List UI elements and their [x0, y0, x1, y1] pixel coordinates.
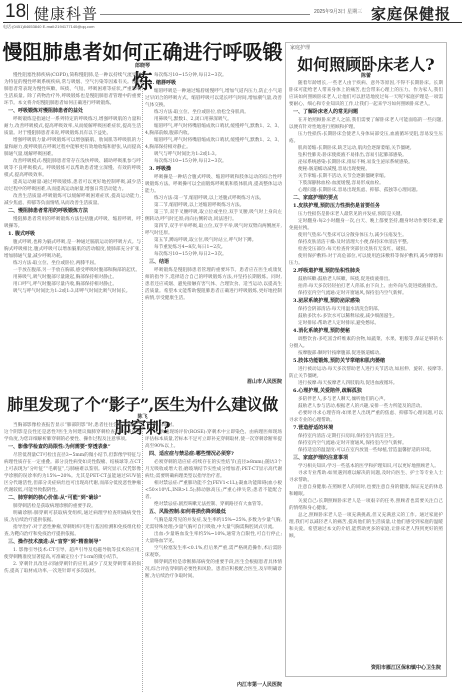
paragraph: 尽管低剂量CT可检出直径3~5mm的微小结节,但影像学特征与病理性质存在一定重叠…	[4, 452, 141, 494]
paragraph: 2. 穿刺针具改进:同轴穿刺针的应用,减少了反复穿刺带来的损伤,提高了取材成功率…	[4, 561, 141, 575]
paragraph: 吸气与呼气时间比为1:2或1:3。	[145, 151, 282, 158]
paragraph: 用口呼气,呼气时腹部尽量内收,胸部保持相对静止。	[4, 281, 141, 288]
paragraph: 绝对禁忌症:剧烈咳嗽无法控制、穿刺路径有大血管等。	[145, 501, 282, 508]
subheading: 6.心理护理,关爱陪伴,疏解孤独	[289, 388, 443, 395]
header-bottom-rule	[3, 22, 462, 23]
newspaper-brand: 家庭保健报	[371, 3, 451, 24]
paragraph: 组织取材。	[145, 422, 282, 429]
paragraph: 第二节,缩唇呼吸,以上述缩唇呼吸练习方法。	[145, 202, 282, 209]
paragraph: 肌肉萎缩:长期卧床,缺乏运动,肌肉会逐渐萎缩,关节僵硬。	[289, 145, 443, 152]
paragraph: 相对禁忌症:严重肺功能不全(FEV1<1L);凝血功能障碍(血小板<50×10⁹…	[145, 480, 282, 501]
subheading: 一、影像学检查的局限性:为何需要“穿透表象”	[4, 444, 141, 451]
paragraph: 按摩腹部:顺时针按摩腹部,促进肠道蠕动。	[289, 350, 443, 357]
paragraph: 保持室内清洁:定期打扫房间,保持室内清洁卫生。	[289, 433, 443, 440]
paragraph: 1. 影像引导技术:CT引导、超声引导及电磁导航等技术的应用,使穿刺精准度显著提…	[4, 547, 141, 561]
paragraph: 缩唇呼气,呼气时将嘴唇缩成吹口哨状,缓慢呼气,默数1、2、3、4,胸部前倾,腹部…	[145, 123, 282, 137]
subheading: 五、风险控制:如何将损伤降到最低	[145, 509, 282, 516]
paragraph: 用鼻吸气,默数1、2,闭口用鼻深吸气。	[145, 116, 282, 123]
paragraph: 当胸部影像检查报告显示“肺部阴影”时,患者往往会陷入焦虑。这个阴影是良性还是恶性…	[4, 422, 141, 443]
paragraph: 改善生活质量:呼吸锻炼可以缓解呼吸困难症状,提高运动能力,减少焦虑、抑郁等负面情…	[4, 193, 141, 207]
paragraph: 检查受压部位:每天检查骨突部位皮肤有无发红、破损。	[289, 246, 443, 253]
paragraph: 指导治疗:对于恶性肿瘤,穿刺组织可进行基因检测和免疫组化检查,为靶向治疗和免疫治…	[4, 524, 141, 538]
article-byline: 陈飞	[0, 413, 285, 420]
paragraph: 调整饮食:多吃富含纤维素的食物,如蔬菜、水果、粗粮等,保证足够的水分摄入。	[289, 336, 443, 350]
paragraph: 慢阻肺患者常用的呼吸锻炼方法包括腹式呼吸、缩唇呼吸、呼吸操等。	[4, 216, 141, 230]
issue-date: 2025年9月3日 星期三	[314, 8, 362, 15]
paragraph: 空气栓塞发生率<0.1%,但后果严重,需严格规范操作,术后需卧床观察。	[145, 545, 282, 559]
paragraph: 3. 快速现场评价(ROSE):穿刺术中立即染色、由病理医师现场评估标本质量,若…	[145, 429, 282, 450]
subheading: 4.消化系统护理,预防便秘	[289, 328, 443, 335]
subheading: 1. 腹式呼吸	[4, 231, 141, 238]
paragraph: 鼓励咳嗽:鼓励老人咳嗽、咳痰,促进痰液排出。	[289, 276, 443, 283]
paragraph: 练习方法:取立位、坐位或卧位,放松全身肌肉。	[145, 109, 282, 116]
paragraph: 吸气与呼气时间比为1:2或1:3,即呼气时间比吸气时间长。	[4, 288, 141, 295]
subheading: 一、呼吸锻炼对慢阻肺患者的益处	[4, 108, 141, 115]
paragraph: 第四节,双手平举呼吸,取立位,双手平举,吸气时双臂向两侧展开,呼气时还原。	[145, 223, 282, 237]
paragraph: 多陪伴老人,多与老人聊天,倾听他们的心声。	[289, 396, 443, 403]
paragraph: 在开始照顾卧床老人之前,我们需要了解卧床老人可能面临的一些问题,以便有针对性地进…	[289, 117, 443, 131]
paragraph: 练习方法:第一节,缩唇呼吸,以上述腹式呼吸练习方法。	[145, 195, 282, 202]
paragraph: 使用保护敷料:对于高危部位,可以使用泡沫敷料等保护敷料,减少摩擦和压力。	[289, 253, 443, 267]
paragraph: 随着年龄增长,一些老人由于疾病、意外等原因,不得不长期卧床。长期卧床可能给老人带…	[289, 80, 443, 108]
article-column: 当胸部影像检查报告显示“肺部阴影”时,患者往往会陷入焦虑。这个阴影是良性还是恶性…	[4, 422, 141, 692]
subheading: 四、适应症与禁忌症:哪些情况必须穿?	[145, 451, 282, 458]
paragraph: 必须穿刺的适应症:持续存在的实性结节(直径≥8mm);随访3个月无吸收或增大者;…	[145, 459, 282, 480]
paragraph: 改善呼吸模式:慢阻肺患者常存在浅快呼吸、辅助呼吸肌参与呼吸等不良呼吸模式。呼吸锻…	[4, 158, 141, 179]
paragraph: 用鼻吸气,吸气时腹部尽量隆起,胸部保持相对静止。	[4, 274, 141, 281]
paragraph: 压力性损伤是卧床老人最常见的并发症,预防是关键。	[289, 211, 443, 218]
paragraph: 保持室内空气流通:定时开窗通风,保持室内空气新鲜。	[289, 440, 443, 447]
paragraph: 泌尿系统感染:长期卧床,排尿不畅,易发生泌尿系统感染。	[289, 159, 443, 166]
paragraph: 保持会阴部清洁:每天用温水清洗会阴部。	[289, 306, 443, 313]
subheading: 2.呼吸道护理,预防坠积性肺炎	[289, 268, 443, 275]
paragraph: 下肢深静脉血栓:血流缓慢,容易形成血栓。	[289, 180, 443, 187]
subheading: 二、家庭护理的要点	[289, 195, 443, 202]
paragraph: 缩唇呼气,呼气时将嘴唇缩成吹口哨状,缓慢呼气,默数1、2、3、4,胸部保持相对静…	[145, 137, 282, 151]
paragraph: 一手放在腹部,另一手放在胸部,感受呼吸时腹部和胸部的起伏。	[4, 267, 141, 274]
subheading: 2. 缩唇呼吸	[145, 80, 282, 87]
paragraph: 第三节,双手叉腰呼吸,取立位或坐位,双手叉腰,吸气时上身向左侧转动,呼气时还原;…	[145, 209, 282, 223]
paragraph: 心理问题:长期卧床,容易出现焦虑、抑郁、孤独等心理问题。	[289, 187, 443, 194]
paragraph: 寻求专业帮助:如果遇到难以解决的问题,及时向医生、护士等专业人士寻求帮助。	[289, 470, 443, 484]
page-number-divider	[27, 4, 28, 20]
paragraph: 气胸是最常见的并发症,发生率约15%~25%,多数为少量气胸,无需特殊处理;少量…	[145, 517, 282, 531]
paragraph: 呼吸锻炼是指通过一系列特定的呼吸练习,增强呼吸肌的力量和耐力,改善呼吸模式,提高…	[4, 116, 141, 137]
subheading: 二、慢阻肺患者常用的呼吸锻炼方法	[4, 208, 141, 215]
subheading: 3.泌尿系统护理,预防泌尿感染	[289, 298, 443, 305]
paragraph: 每次练习10~15分钟,每日2~3次。	[145, 72, 282, 79]
masthead: 18 健康科普 2025年9月3日 星期三 家庭保健报 电话:(0451)846…	[0, 0, 465, 34]
paragraph: 拍背:每天多次轻轻拍打老人背部,由下向上、由外向内,促进痰液排出。	[289, 283, 443, 290]
paragraph: 呼吸操是一种结合腹式呼吸、缩唇呼吸和肢体运动的综合性呼吸锻炼方法。呼吸操可以全面…	[145, 174, 282, 195]
subheading: 1.皮肤护理,预防压力性损伤是首要任务	[289, 203, 443, 210]
paragraph: 注意自身健康:在照顾老人的同时,也要注意自身的健康,保证充足的休息和睡眠。	[289, 484, 443, 498]
subheading: 二、肺穿刺的核心价值:从“可能”到“确诊”	[4, 495, 141, 502]
paragraph: 鼓励多饮水:多饮水可以稀释尿液,减少细菌滋生。	[289, 313, 443, 320]
subheading: 三、操作技术演进:从“盲穿”到“精准制导”	[4, 539, 141, 546]
paragraph: 压力性损伤:长期卧床会使老人身体局部受压,血液循环受阻,容易发生压疮。	[289, 131, 443, 145]
paragraph: 肺穿刺活检是诊断肺部病变的重要手段,医生会根据患者具体情况,综合评估穿刺的必要性…	[145, 559, 282, 580]
article-source: 资阳市雁江区保和镇中心卫生院	[289, 664, 441, 671]
column-tag: 家庭护理	[290, 44, 310, 51]
article-byline: 陈蕾	[285, 72, 447, 79]
paragraph: 使用气垫床:气垫床可以分散身体压力,减少压疮发生。	[289, 232, 443, 239]
paragraph: 定时排尿:帮助老人定时排尿,避免憋尿。	[289, 320, 443, 327]
paragraph: 缩唇呼吸是一种通过缩唇缓慢呼气,增加气道内压力,防止小气道过早闭合的呼吸方式。缩…	[145, 88, 282, 109]
paragraph: 增强呼吸肌力量:呼吸锻炼可以增强膈肌、肋间肌等呼吸肌的力量和耐力,使呼吸肌在呼吸…	[4, 137, 141, 158]
subheading: 三、结语	[145, 259, 282, 266]
paragraph: 坠积性肺炎:卧床使痰液不易排出,容易引起肺部感染。	[289, 152, 443, 159]
paragraph: 慢性阻塞性肺疾病(COPD),简称慢阻肺,是一种以持续气流受限为特征的慢性呼吸系…	[4, 72, 141, 107]
article-source: 内江市第一人民医院	[145, 681, 282, 688]
paragraph: 必要时寻求心理咨询:如果老人出现严重的焦虑、抑郁等心理问题,可以寻求专业的心理帮…	[289, 410, 443, 424]
paragraph: 呼吸锻炼是慢阻肺患者管理的重要环节。患者应在医生或康复师的指导下,选择适合自己的…	[145, 267, 282, 302]
article-column: 每次练习10~15分钟,每日2~3次。 2. 缩唇呼吸 缩唇呼吸是一种通过缩唇缓…	[145, 72, 282, 377]
paragraph: 保持适宜的温湿度:可以在室内放置一些绿植,营造温馨舒适的环境。	[289, 447, 443, 454]
paragraph: 每次练习10~15分钟,每日2~3次。	[145, 251, 282, 258]
column-divider	[142, 72, 143, 390]
subheading: 一、了解卧床老人的常见问题	[289, 109, 443, 116]
article-source: 眉山市人民医院	[145, 378, 282, 385]
subheading: 7.营造舒适的环境	[289, 425, 443, 432]
column-divider	[142, 422, 143, 692]
article-byline: 郎晓琴	[0, 62, 285, 69]
paragraph: 总之,照顾卧床老人是一项充满挑战,但又充满意义的工作。通过家庭护理,我们可以减轻…	[289, 512, 443, 540]
paragraph: 第五节,蹲站呼吸,取立位,吸气时站立,呼气时下蹲。	[145, 237, 282, 244]
paragraph: 每节重复练习4~8次,每日1~2次。	[145, 244, 282, 251]
paragraph: 提高运动耐量:通过呼吸锻炼,患者可以更好地控制呼吸,减少活动过程中的呼吸困难,从…	[4, 179, 141, 193]
paragraph: 保持室内空气流通:定时开窗通风,保持室内空气新鲜。	[289, 290, 443, 297]
subheading: 三、家庭护理的注意事项	[289, 455, 443, 462]
paragraph: 保持皮肤清洁干燥:及时清理大小便,保持床单清洁平整。	[289, 239, 443, 246]
header-rule	[100, 14, 310, 15]
paragraph: 便秘:肠道蠕动减慢,容易出现便秘。	[289, 166, 443, 173]
paragraph: 定时翻身:每2小时翻身一次,白天、晚上都要坚持,翻身时动作要轻柔,避免拖拉拽。	[289, 218, 443, 232]
paragraph: 肺穿刺活检是获取病理诊断的重要手段。	[4, 503, 141, 510]
paragraph: 鼓励老人参与活动,根据老人的兴趣,安排一些力所能及的活动。	[289, 403, 443, 410]
paragraph: 学习相关知识:学习一些基本的医学和护理知识,可以更好地照顾老人。	[289, 463, 443, 470]
paragraph: 关爱自己:长期照顾卧床老人是一项艰辛的任务,照顾者也需要关注自己的情绪和身心健康…	[289, 498, 443, 512]
subheading: 3. 呼吸操	[145, 166, 282, 173]
contact-info: 电话:(0451)84653840 E-mail:2194177140@qq.c…	[3, 24, 94, 30]
section-title: 健康科普	[34, 3, 98, 24]
paragraph: 进行按摩:每天按摩老人四肢肌肉,促进血液循环。	[289, 380, 443, 387]
subheading: 5.肢体功能锻炼,预防关节挛缩和肌肉萎缩	[289, 358, 443, 365]
article-column: 随着年龄增长,一些老人由于疾病、意外等原因,不得不长期卧床。长期卧床可能给老人带…	[289, 80, 443, 660]
paragraph: 每次练习10~15分钟,每日2~3次。	[145, 158, 282, 165]
page-number: 18	[5, 1, 26, 23]
article-column: 组织取材。 3. 快速现场评价(ROSE):穿刺术中立即染色、由病理医师现场评估…	[145, 422, 282, 678]
paragraph: 腹式呼吸,也称为膈式呼吸,是一种通过膈肌运动的呼吸方式。与胸式呼吸相比,腹式呼吸…	[4, 239, 141, 260]
paragraph: 进行被动运动:每天多次帮助老人进行关节活动,如屈伸、旋转、按摩等,防止关节僵硬。	[289, 366, 443, 380]
paragraph: 练习方法:取立位、坐位或卧位,两膝半屈。	[4, 260, 141, 267]
paragraph: 明确诊断:肺穿刺可获取病变组织,通过病理学检查明确病变性质,为后续治疗提供依据。	[4, 510, 141, 524]
paragraph: 出血:少量咯血发生率约5%~10%,通常为自限性,可自行停止;大量咯血罕见。	[145, 531, 282, 545]
paragraph: 关节挛缩:长期不活动,关节会逐渐僵硬挛缩。	[289, 173, 443, 180]
article-column: 慢性阻塞性肺疾病(COPD),简称慢阻肺,是一种以持续气流受限为特征的慢性呼吸系…	[4, 72, 141, 390]
